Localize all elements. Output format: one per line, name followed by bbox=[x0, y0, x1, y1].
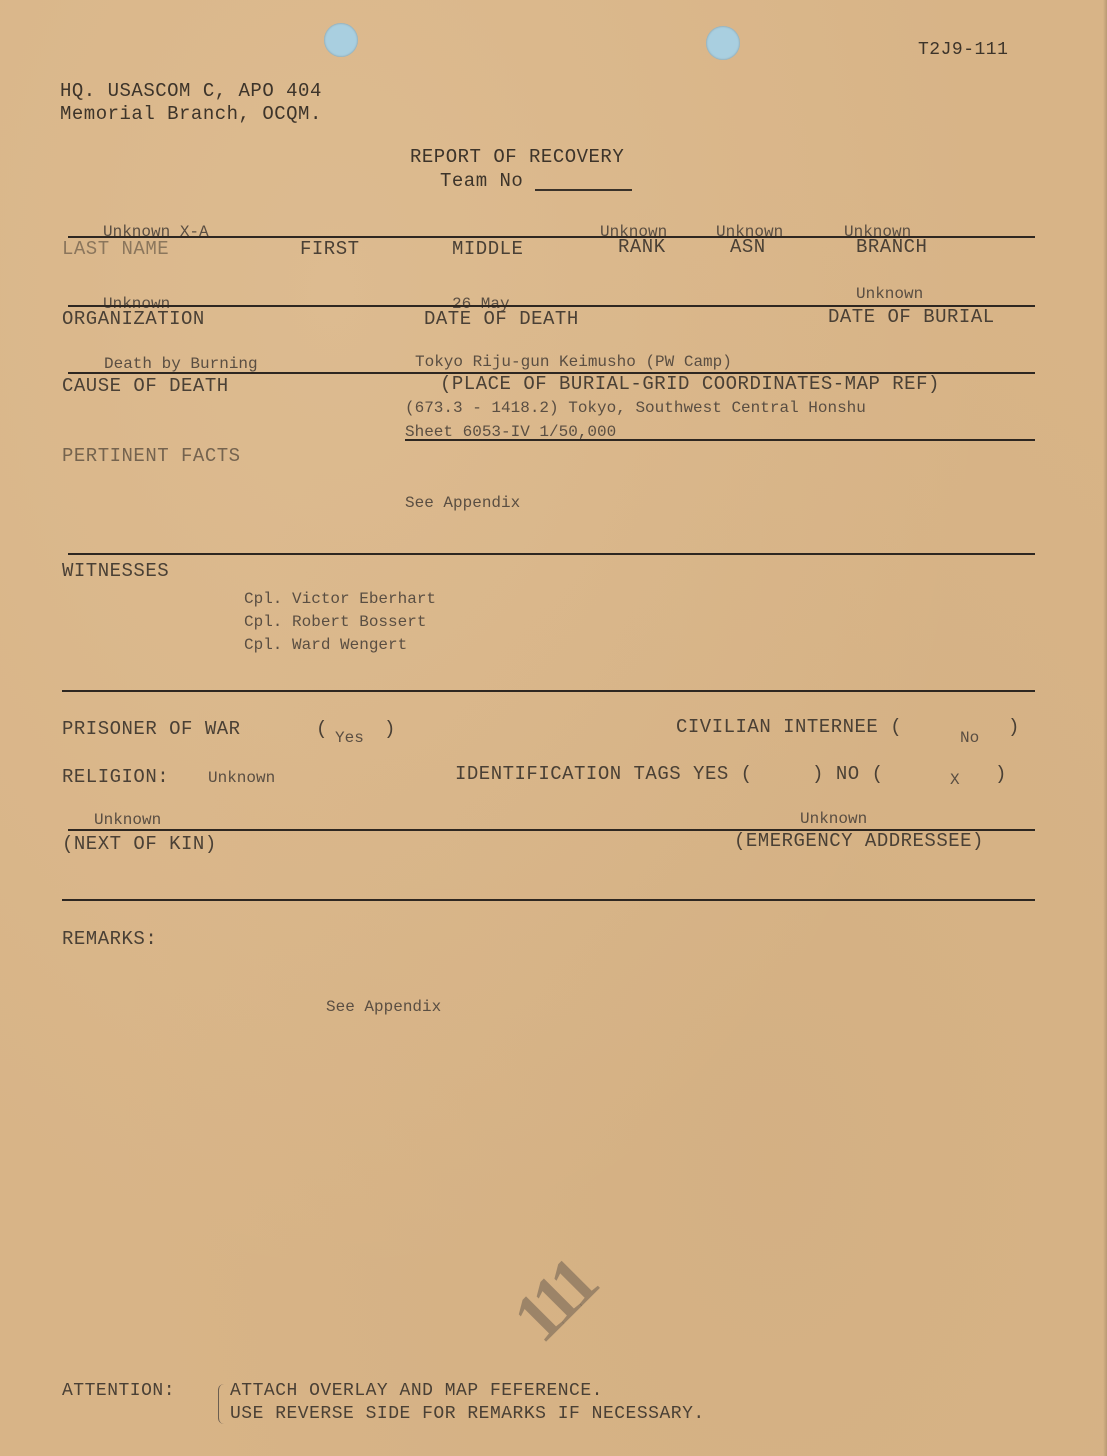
date-of-death-label: DATE OF DEATH bbox=[424, 308, 579, 330]
hq-line: HQ. USASCOM C, APO 404 bbox=[60, 80, 322, 102]
next-of-kin-value: Unknown bbox=[94, 811, 161, 829]
pertinent-facts-value: See Appendix bbox=[405, 494, 520, 512]
punch-hole-right bbox=[706, 26, 740, 60]
branch-label: BRANCH bbox=[856, 236, 927, 258]
rank-label: RANK bbox=[618, 236, 666, 258]
id-tags-close: ) bbox=[995, 763, 1007, 785]
pow-close: ) bbox=[384, 718, 396, 740]
pow-label: PRISONER OF WAR bbox=[62, 718, 241, 740]
kin-divider bbox=[62, 899, 1035, 901]
pow-value: Yes bbox=[335, 729, 364, 747]
witness-3: Cpl. Ward Wengert bbox=[244, 636, 407, 654]
witness-1: Cpl. Victor Eberhart bbox=[244, 590, 436, 608]
id-tags-label: IDENTIFICATION TAGS YES ( ) NO ( bbox=[455, 763, 883, 785]
cause-of-death-value: Death by Burning bbox=[104, 355, 258, 373]
remarks-label: REMARKS: bbox=[62, 928, 157, 950]
branch-line: Memorial Branch, OCQM. bbox=[60, 103, 322, 125]
remarks-value: See Appendix bbox=[326, 998, 441, 1016]
first-label: FIRST bbox=[300, 238, 360, 260]
witness-2: Cpl. Robert Bossert bbox=[244, 613, 426, 631]
witnesses-divider bbox=[62, 690, 1035, 692]
pertinent-facts-label: PERTINENT FACTS bbox=[62, 445, 241, 467]
last-name-label: LAST NAME bbox=[62, 238, 169, 260]
place-of-burial-label: (PLACE OF BURIAL-GRID COORDINATES-MAP RE… bbox=[440, 373, 940, 395]
punch-hole-left bbox=[324, 23, 358, 57]
grid-coordinates: (673.3 - 1418.2) Tokyo, Southwest Centra… bbox=[405, 399, 866, 417]
report-title: REPORT OF RECOVERY bbox=[410, 146, 624, 168]
asn-label: ASN bbox=[730, 236, 766, 258]
religion-label: RELIGION: bbox=[62, 766, 169, 788]
id-tags-no-value: X bbox=[950, 771, 960, 789]
footer-bracket bbox=[218, 1384, 225, 1424]
witnesses-label: WITNESSES bbox=[62, 560, 169, 582]
civilian-internee-label: CIVILIAN INTERNEE ( bbox=[676, 716, 902, 738]
team-label: Team No bbox=[440, 170, 523, 192]
religion-value: Unknown bbox=[208, 769, 275, 787]
emergency-addressee-value: Unknown bbox=[800, 810, 867, 828]
attention-label: ATTENTION: bbox=[62, 1381, 175, 1401]
team-number-field[interactable] bbox=[535, 189, 632, 191]
civilian-internee-close: ) bbox=[1008, 716, 1020, 738]
middle-label: MIDDLE bbox=[452, 238, 523, 260]
civilian-internee-value: No bbox=[960, 729, 979, 747]
cause-of-death-label: CAUSE OF DEATH bbox=[62, 375, 229, 397]
footer-line-2: USE REVERSE SIDE FOR REMARKS IF NECESSAR… bbox=[230, 1404, 705, 1424]
stamped-number: 111 bbox=[498, 1246, 611, 1359]
organization-label: ORGANIZATION bbox=[62, 308, 205, 330]
footer-line-1: ATTACH OVERLAY AND MAP FEFERENCE. bbox=[230, 1381, 603, 1401]
date-of-burial-label: DATE OF BURIAL bbox=[828, 306, 995, 328]
place-of-burial-value: Tokyo Riju-gun Keimusho (PW Camp) bbox=[415, 353, 732, 371]
paper-edge bbox=[1103, 0, 1107, 1456]
emergency-addressee-label: (EMERGENCY ADDRESSEE) bbox=[734, 830, 984, 852]
facts-divider bbox=[68, 553, 1035, 555]
date-of-burial-value: Unknown bbox=[856, 285, 923, 303]
next-of-kin-label: (NEXT OF KIN) bbox=[62, 833, 217, 855]
file-number: T2J9-111 bbox=[918, 40, 1008, 60]
sheet-line bbox=[405, 439, 1035, 441]
pow-open: ( bbox=[316, 718, 328, 740]
